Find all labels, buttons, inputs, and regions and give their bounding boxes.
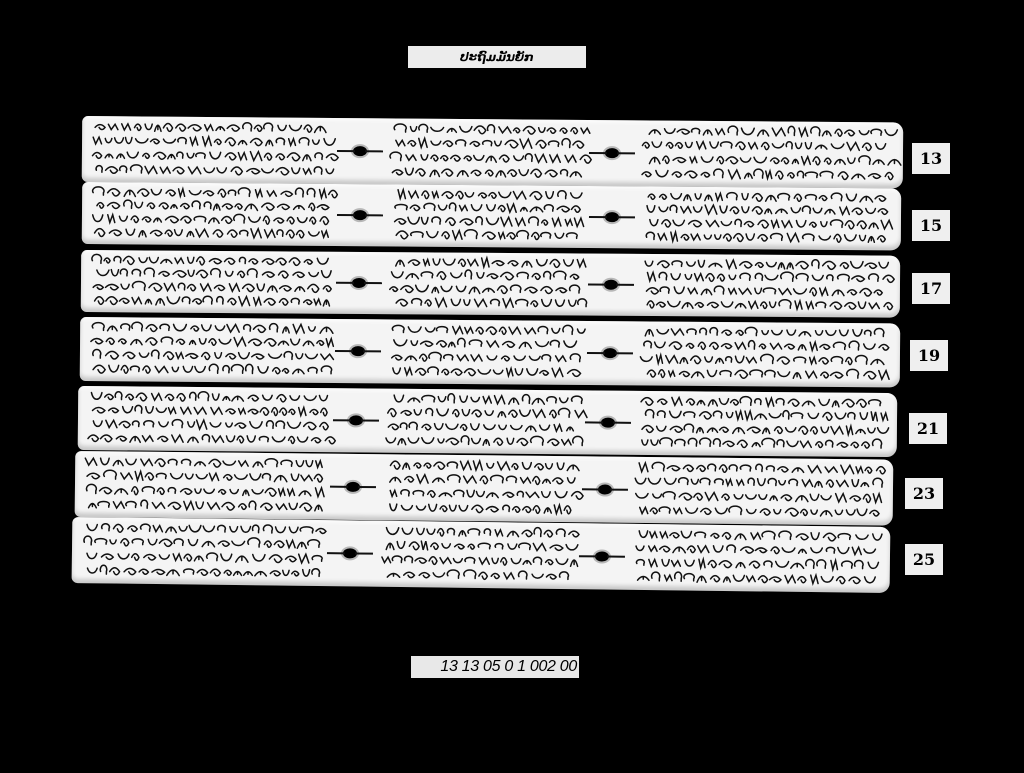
page-number-label: 25 [905,544,943,575]
palm-leaf [82,182,901,250]
binding-hole-icon [601,418,615,428]
manuscript-title-label: ປະຖົມມັນຍັກ [408,46,586,68]
binding-hole-icon [349,415,363,425]
palm-leaf [82,116,903,188]
binding-hole-icon [353,146,367,156]
binding-hole-icon [351,346,365,356]
binding-hole-icon [343,548,357,558]
binding-hole-icon [353,210,367,220]
handwritten-script-lines [82,182,901,250]
binding-hole-icon [604,280,618,290]
palm-leaf [80,317,900,387]
page-number-label: 21 [909,413,947,444]
binding-hole-icon [598,484,612,494]
binding-hole-icon [352,278,366,288]
page-number-label: 15 [912,210,950,241]
binding-hole-icon [605,148,619,158]
handwritten-script-lines [82,116,903,188]
binding-hole-icon [346,482,360,492]
handwritten-script-lines [72,517,891,593]
page-number-label: 23 [905,478,943,509]
handwritten-script-lines [75,451,894,526]
palm-leaf [78,386,898,457]
handwritten-script-lines [81,250,900,318]
palm-leaf [72,517,891,593]
binding-hole-icon [603,348,617,358]
palm-leaf [75,451,894,526]
binding-hole-icon [595,551,609,561]
binding-hole-icon [605,212,619,222]
page-number-label: 17 [912,273,950,304]
handwritten-script-lines [78,386,898,457]
page-number-label: 19 [910,340,948,371]
page-number-label: 13 [912,143,950,174]
manuscript-id-label: 13 13 05 0 1 002 00 [411,656,579,678]
handwritten-script-lines [80,317,900,387]
palm-leaf [81,250,900,318]
